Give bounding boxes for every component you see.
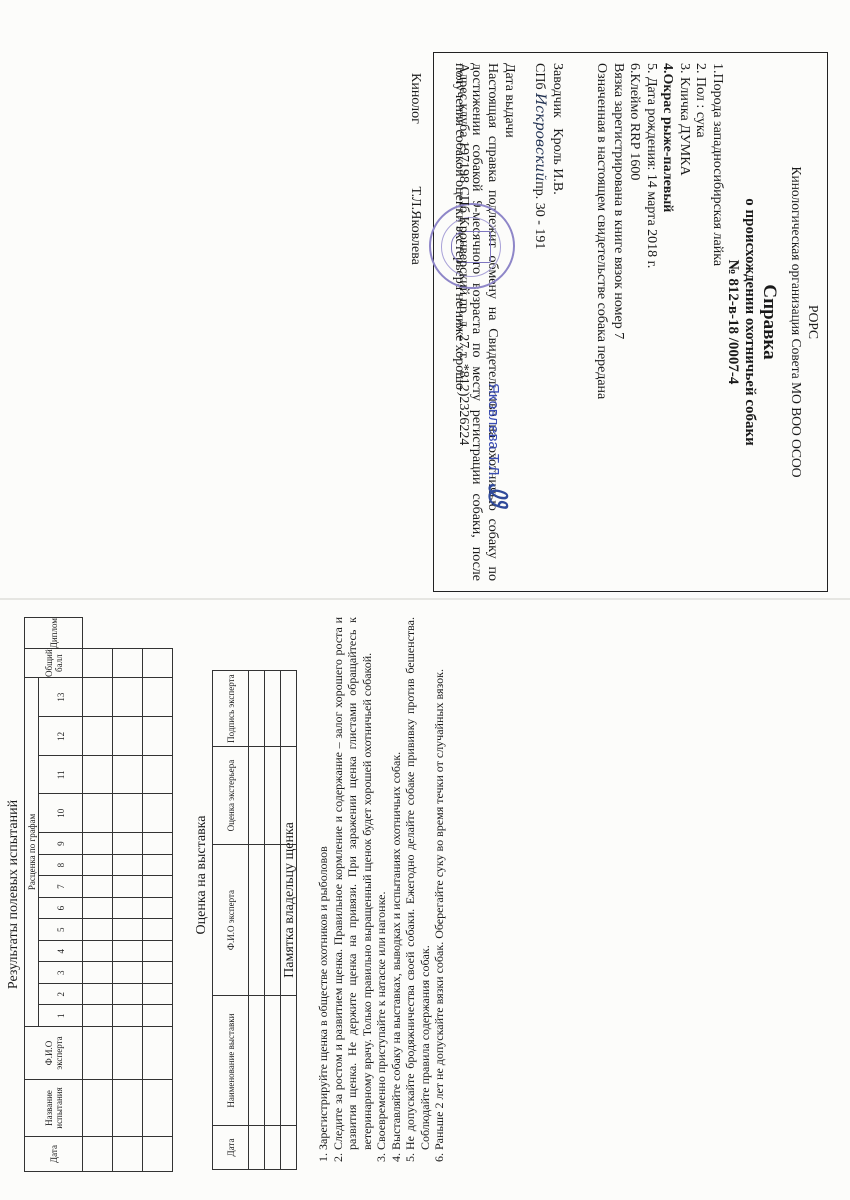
memo-item: Не допускайте бродяжничества своей собак…	[403, 617, 432, 1150]
organization-stamp	[429, 203, 515, 289]
table-cell[interactable]	[143, 794, 173, 833]
table-cell[interactable]	[83, 794, 113, 833]
table-cell[interactable]	[113, 756, 143, 794]
col-score-9: 9	[39, 833, 83, 855]
col-score-7: 7	[39, 876, 83, 898]
table-cell[interactable]	[113, 1137, 143, 1172]
table-cell[interactable]	[83, 1027, 113, 1080]
table-cell[interactable]	[113, 962, 143, 984]
table-cell[interactable]	[143, 983, 173, 1005]
show-col-0: Дата	[213, 1126, 249, 1170]
table-cell[interactable]	[83, 677, 113, 716]
table-cell[interactable]	[265, 1126, 281, 1170]
table-cell[interactable]	[83, 649, 113, 678]
memo-title: Памятка владельцу щенка	[282, 750, 298, 1050]
dog-field: 2. Пол : сука	[692, 63, 709, 581]
col-score-2: 2	[39, 983, 83, 1005]
stamp-signer-line: Яковлева Т.Л. Ꮺ	[485, 383, 506, 506]
field-value: 14 марта 2018 г.	[644, 174, 659, 268]
memo-item: Своевременно приступайте к натаске или н…	[374, 617, 389, 1150]
show-col-4: Подпись эксперта	[213, 671, 249, 747]
table-row	[249, 671, 265, 1170]
table-cell[interactable]	[83, 876, 113, 898]
transferred-note: Означенная в настоящем свидетельстве соб…	[593, 63, 610, 581]
back-page-panel: Результаты полевых испытаний Дата Назван…	[0, 0, 425, 1200]
table-cell[interactable]	[83, 756, 113, 794]
table-cell[interactable]	[113, 833, 143, 855]
field-value: RRP 1600	[628, 123, 643, 180]
field-value: западносибирская лайка	[710, 121, 725, 266]
memo-list: Зарегистрируйте щенка в обществе охотник…	[316, 617, 447, 1172]
org-short: РОРС	[805, 63, 822, 581]
memo-item: Раньше 2 лет не допускайте вязки собак. …	[432, 617, 447, 1150]
table-cell[interactable]	[83, 940, 113, 962]
document-title: Справка	[758, 63, 780, 581]
col-date: Дата	[25, 1137, 83, 1172]
col-expert-name: Ф.И.О эксперта	[25, 1027, 83, 1080]
table-cell[interactable]	[83, 1005, 113, 1027]
table-cell[interactable]	[143, 1137, 173, 1172]
table-cell[interactable]	[113, 876, 143, 898]
table-cell[interactable]	[113, 1005, 143, 1027]
breeder-city: СПб	[533, 63, 548, 90]
col-score-8: 8	[39, 854, 83, 876]
table-cell[interactable]	[143, 649, 173, 678]
document-subtitle: о происхождении охотничьей собаки	[742, 63, 759, 581]
breeder-name: Кроль И.В.	[550, 128, 565, 194]
field-trials-title: Результаты полевых испытаний	[6, 617, 22, 1172]
show-col-3: Оценка экстерьера	[213, 747, 249, 845]
col-total: Общий балл	[25, 649, 83, 678]
litter-registered: Вязка зарегистрирована в книге вязок ном…	[610, 63, 627, 581]
table-cell[interactable]	[143, 876, 173, 898]
table-row	[265, 671, 281, 1170]
club-address: Адрес клуба 197198 СПб Кронверский пр. д…	[455, 63, 472, 445]
table-cell[interactable]	[83, 962, 113, 984]
table-cell[interactable]	[113, 1027, 143, 1080]
show-col-2: Ф.И.О эксперта	[213, 844, 249, 995]
table-cell[interactable]	[113, 919, 143, 941]
table-cell[interactable]	[249, 671, 265, 747]
table-cell[interactable]	[113, 1080, 143, 1137]
table-cell[interactable]	[83, 1137, 113, 1172]
table-cell[interactable]	[113, 854, 143, 876]
field-value: ДУМКА	[677, 124, 692, 176]
table-cell[interactable]	[143, 756, 173, 794]
memo-item: Выставляйте собаку на выставках, выводка…	[389, 617, 404, 1150]
certificate-frame: РОРС Кинологическая организация Совета М…	[433, 52, 828, 592]
org-full: Кинологическая организация Совета МО ВОО…	[788, 63, 805, 581]
dog-field: 3. Кличка ДУМКА	[676, 63, 693, 581]
table-cell[interactable]	[113, 717, 143, 756]
col-score-5: 5	[39, 919, 83, 941]
show-col-1: Наименование выставки	[213, 996, 249, 1126]
field-label: 6.Клеймо	[628, 63, 643, 119]
stamp-signer: Яковлева Т.Л.	[485, 383, 502, 480]
dog-field: 5. Дата рождения: 14 марта 2018 г.	[643, 63, 660, 581]
table-cell[interactable]	[143, 897, 173, 919]
table-cell[interactable]	[113, 940, 143, 962]
table-cell[interactable]	[265, 996, 281, 1126]
table-cell[interactable]	[143, 940, 173, 962]
field-value: рыже-палевый	[661, 117, 676, 212]
certificate-panel: РОРС Кинологическая организация Совета М…	[425, 0, 850, 1200]
col-score-6: 6	[39, 897, 83, 919]
dog-field: 6.Клеймо RRP 1600	[626, 63, 643, 581]
field-label: 1.Порода	[710, 63, 725, 118]
col-scores-group: Расценка по графам	[25, 677, 39, 1026]
dog-field: 4.Окрас рыже-палевый	[659, 63, 676, 581]
table-cell[interactable]	[249, 996, 265, 1126]
table-cell[interactable]	[143, 962, 173, 984]
breeder-address: СПб Искровскийпр. 30 - 191	[531, 63, 549, 581]
table-row	[143, 618, 173, 1172]
col-score-12: 12	[39, 717, 83, 756]
col-score-13: 13	[39, 677, 83, 716]
col-score-1: 1	[39, 1005, 83, 1027]
table-cell[interactable]	[249, 747, 265, 845]
table-cell[interactable]	[113, 983, 143, 1005]
table-cell[interactable]	[143, 1005, 173, 1027]
breeder-address-rest: пр. 30 - 191	[533, 181, 548, 249]
breeder-label: Заводчик	[550, 63, 565, 118]
field-trials-table: Дата Название испытания Ф.И.О эксперта Р…	[24, 617, 173, 1172]
field-label: 5. Дата рождения:	[644, 63, 659, 170]
table-cell[interactable]	[113, 794, 143, 833]
table-cell[interactable]	[265, 747, 281, 845]
show-evaluation-title: Оценка на выставка	[194, 750, 210, 1000]
table-cell[interactable]	[143, 833, 173, 855]
table-cell[interactable]	[249, 844, 265, 995]
table-cell[interactable]	[265, 671, 281, 747]
table-row	[113, 618, 143, 1172]
table-cell[interactable]	[113, 677, 143, 716]
signature-icon: Ꮺ	[482, 483, 512, 506]
table-cell[interactable]	[281, 671, 297, 747]
breeder-street-handwritten: Искровский	[533, 93, 549, 181]
table-cell[interactable]	[143, 1080, 173, 1137]
col-score-4: 4	[39, 940, 83, 962]
field-label: 4.Окрас	[661, 63, 676, 113]
table-cell[interactable]	[83, 717, 113, 756]
table-cell[interactable]	[143, 677, 173, 716]
document-number: № 812-в-18 /0007-4	[725, 63, 742, 581]
table-cell[interactable]	[143, 1027, 173, 1080]
memo-item: Зарегистрируйте щенка в обществе охотник…	[316, 617, 331, 1150]
col-score-10: 10	[39, 794, 83, 833]
table-cell[interactable]	[143, 919, 173, 941]
table-cell[interactable]	[83, 897, 113, 919]
table-cell[interactable]	[113, 649, 143, 678]
breeder-line: Заводчик Кроль И.В.	[549, 63, 566, 581]
memo-item: Следите за ростом и развитием щенка. Пра…	[331, 617, 375, 1150]
table-cell[interactable]	[83, 833, 113, 855]
table-cell[interactable]	[83, 1080, 113, 1137]
field-label: 3. Кличка	[677, 63, 692, 121]
field-value: сука	[694, 112, 709, 138]
table-cell[interactable]	[143, 717, 173, 756]
table-cell[interactable]	[83, 854, 113, 876]
dog-fields: 1.Порода западносибирская лайка2. Пол : …	[626, 63, 725, 581]
field-label: 2. Пол :	[694, 63, 709, 108]
table-cell[interactable]	[265, 844, 281, 995]
table-row	[83, 618, 113, 1172]
table-cell[interactable]	[83, 919, 113, 941]
col-diploma: Диплом	[25, 618, 83, 649]
col-score-11: 11	[39, 756, 83, 794]
table-cell[interactable]	[83, 983, 113, 1005]
table-cell[interactable]	[113, 897, 143, 919]
col-score-3: 3	[39, 962, 83, 984]
table-cell[interactable]	[281, 1126, 297, 1170]
table-cell[interactable]	[249, 1126, 265, 1170]
dog-field: 1.Порода западносибирская лайка	[709, 63, 726, 581]
table-cell[interactable]	[143, 854, 173, 876]
col-trial-name: Название испытания	[25, 1080, 83, 1137]
